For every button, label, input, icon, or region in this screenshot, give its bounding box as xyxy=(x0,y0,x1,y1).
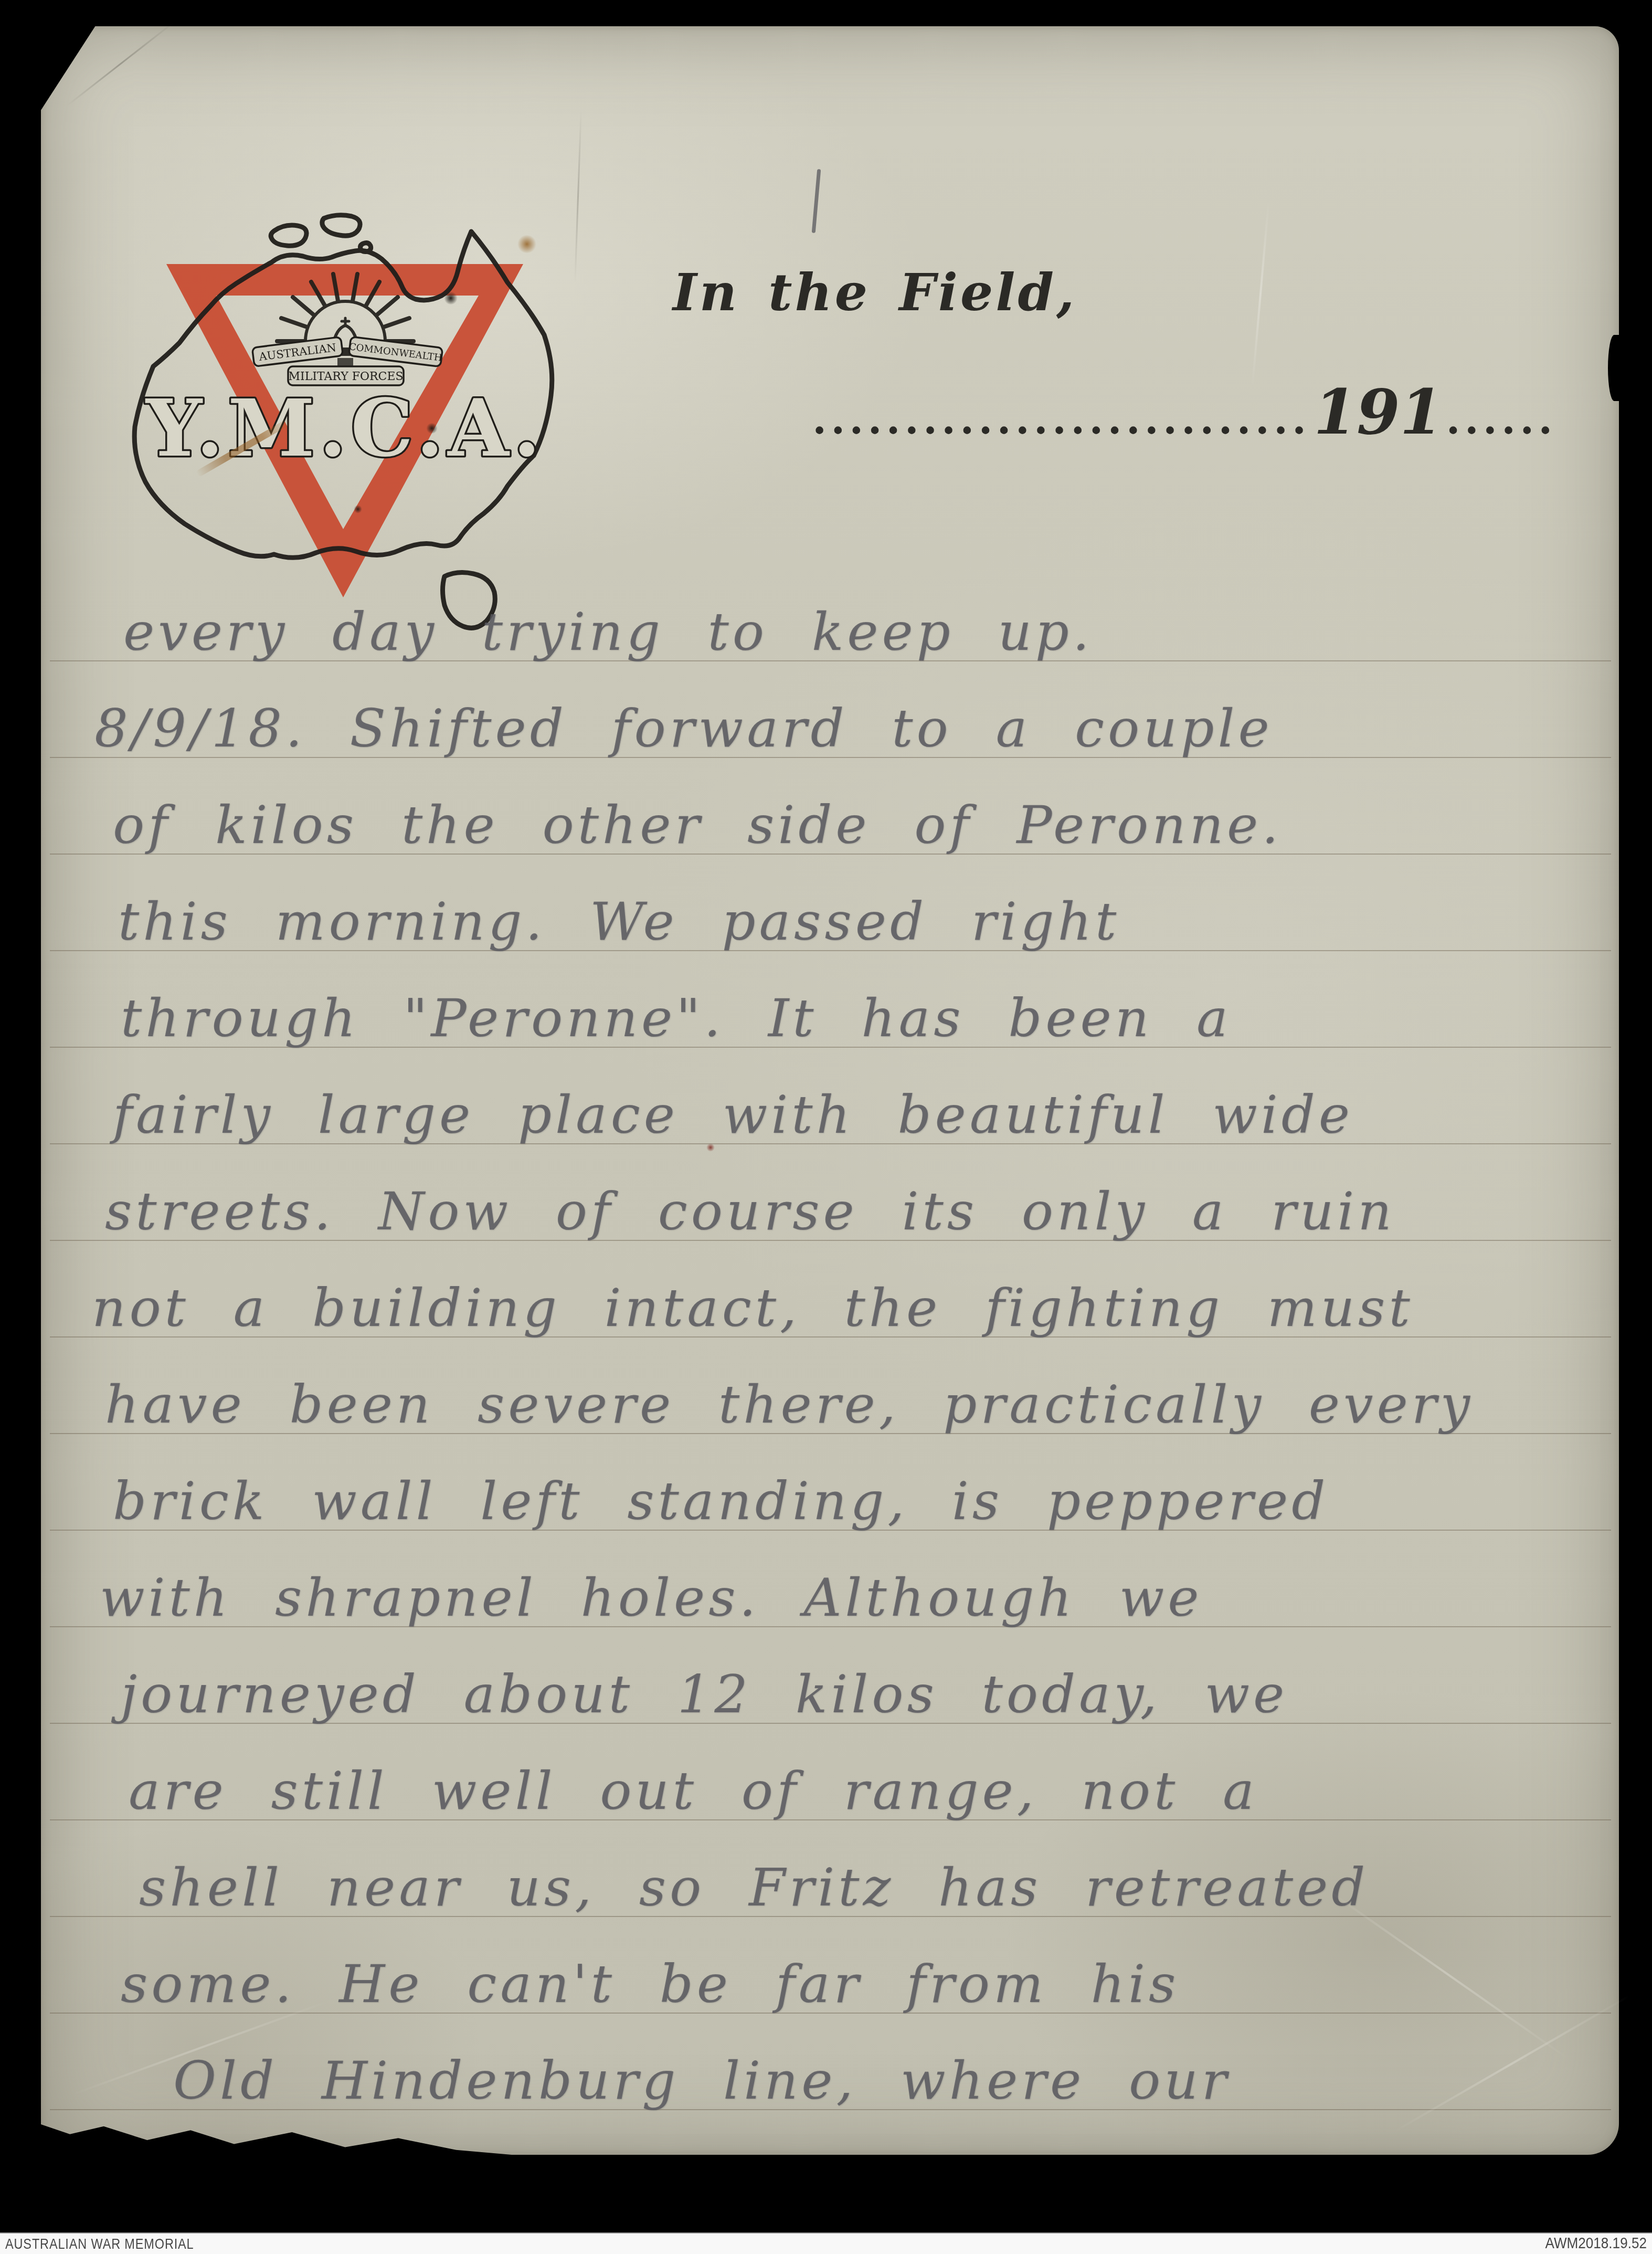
date-year: 191 xyxy=(1314,375,1443,448)
date-dots-right: ...... xyxy=(1446,396,1557,444)
stain xyxy=(426,423,438,434)
handwriting-line: with shrapnel holes. Although we xyxy=(100,1572,1203,1624)
archive-bar: AUSTRALIAN WAR MEMORIAL AWM2018.19.52 xyxy=(0,2232,1652,2254)
handwriting-line: fairly large place with beautiful wide xyxy=(113,1089,1353,1141)
handwriting-line: of kilos the other side of Peronne. xyxy=(113,799,1282,851)
date-line: ........................... 191 ...... xyxy=(812,375,1556,448)
svg-text:MILITARY FORCES: MILITARY FORCES xyxy=(288,370,403,383)
handwriting-line: not a building intact, the fighting must xyxy=(92,1282,1414,1334)
stain xyxy=(354,505,362,513)
handwriting-line: Old Hindenburg line, where our xyxy=(173,2055,1230,2107)
stain xyxy=(706,1143,715,1152)
handwriting-line: shell near us, so Fritz has retreated xyxy=(139,1861,1369,1914)
stain xyxy=(444,292,458,304)
handwriting-line: journeyed about 12 kilos today, we xyxy=(121,1668,1288,1721)
torn-edge-right xyxy=(1608,335,1621,401)
handwriting-line: are still well out of range, not a xyxy=(129,1765,1258,1817)
date-dots-left: ........................... xyxy=(812,396,1310,444)
scanned-letter-page: AUSTRALIAN COMMONWEALTH MILITARY FORCES … xyxy=(0,0,1652,2254)
handwriting-line: this morning. We passed right xyxy=(118,896,1120,948)
archive-source-label: AUSTRALIAN WAR MEMORIAL xyxy=(5,2236,194,2252)
handwriting-line: some. He can't be far from his xyxy=(121,1958,1179,2010)
handwriting-line: every day trying to keep up. xyxy=(123,606,1093,658)
badge-banner-left: AUSTRALIAN xyxy=(252,337,343,366)
place-line: In the Field, xyxy=(673,262,1077,323)
handwriting-line: 8/9/18. Shifted forward to a couple xyxy=(94,702,1273,755)
handwriting-line: brick wall left standing, is peppered xyxy=(113,1475,1329,1528)
handwriting-line: have been severe there, practically ever… xyxy=(105,1378,1474,1431)
handwriting-line: streets. Now of course its only a ruin xyxy=(105,1185,1395,1238)
archive-reference-label: AWM2018.19.52 xyxy=(1545,2235,1647,2252)
stain xyxy=(517,235,537,253)
handwriting-line: through "Peronne". It has been a xyxy=(121,992,1232,1045)
ymca-wordmark: Y.M.C.A. xyxy=(145,382,545,475)
ymca-letterhead-logo: AUSTRALIAN COMMONWEALTH MILITARY FORCES … xyxy=(117,209,557,635)
